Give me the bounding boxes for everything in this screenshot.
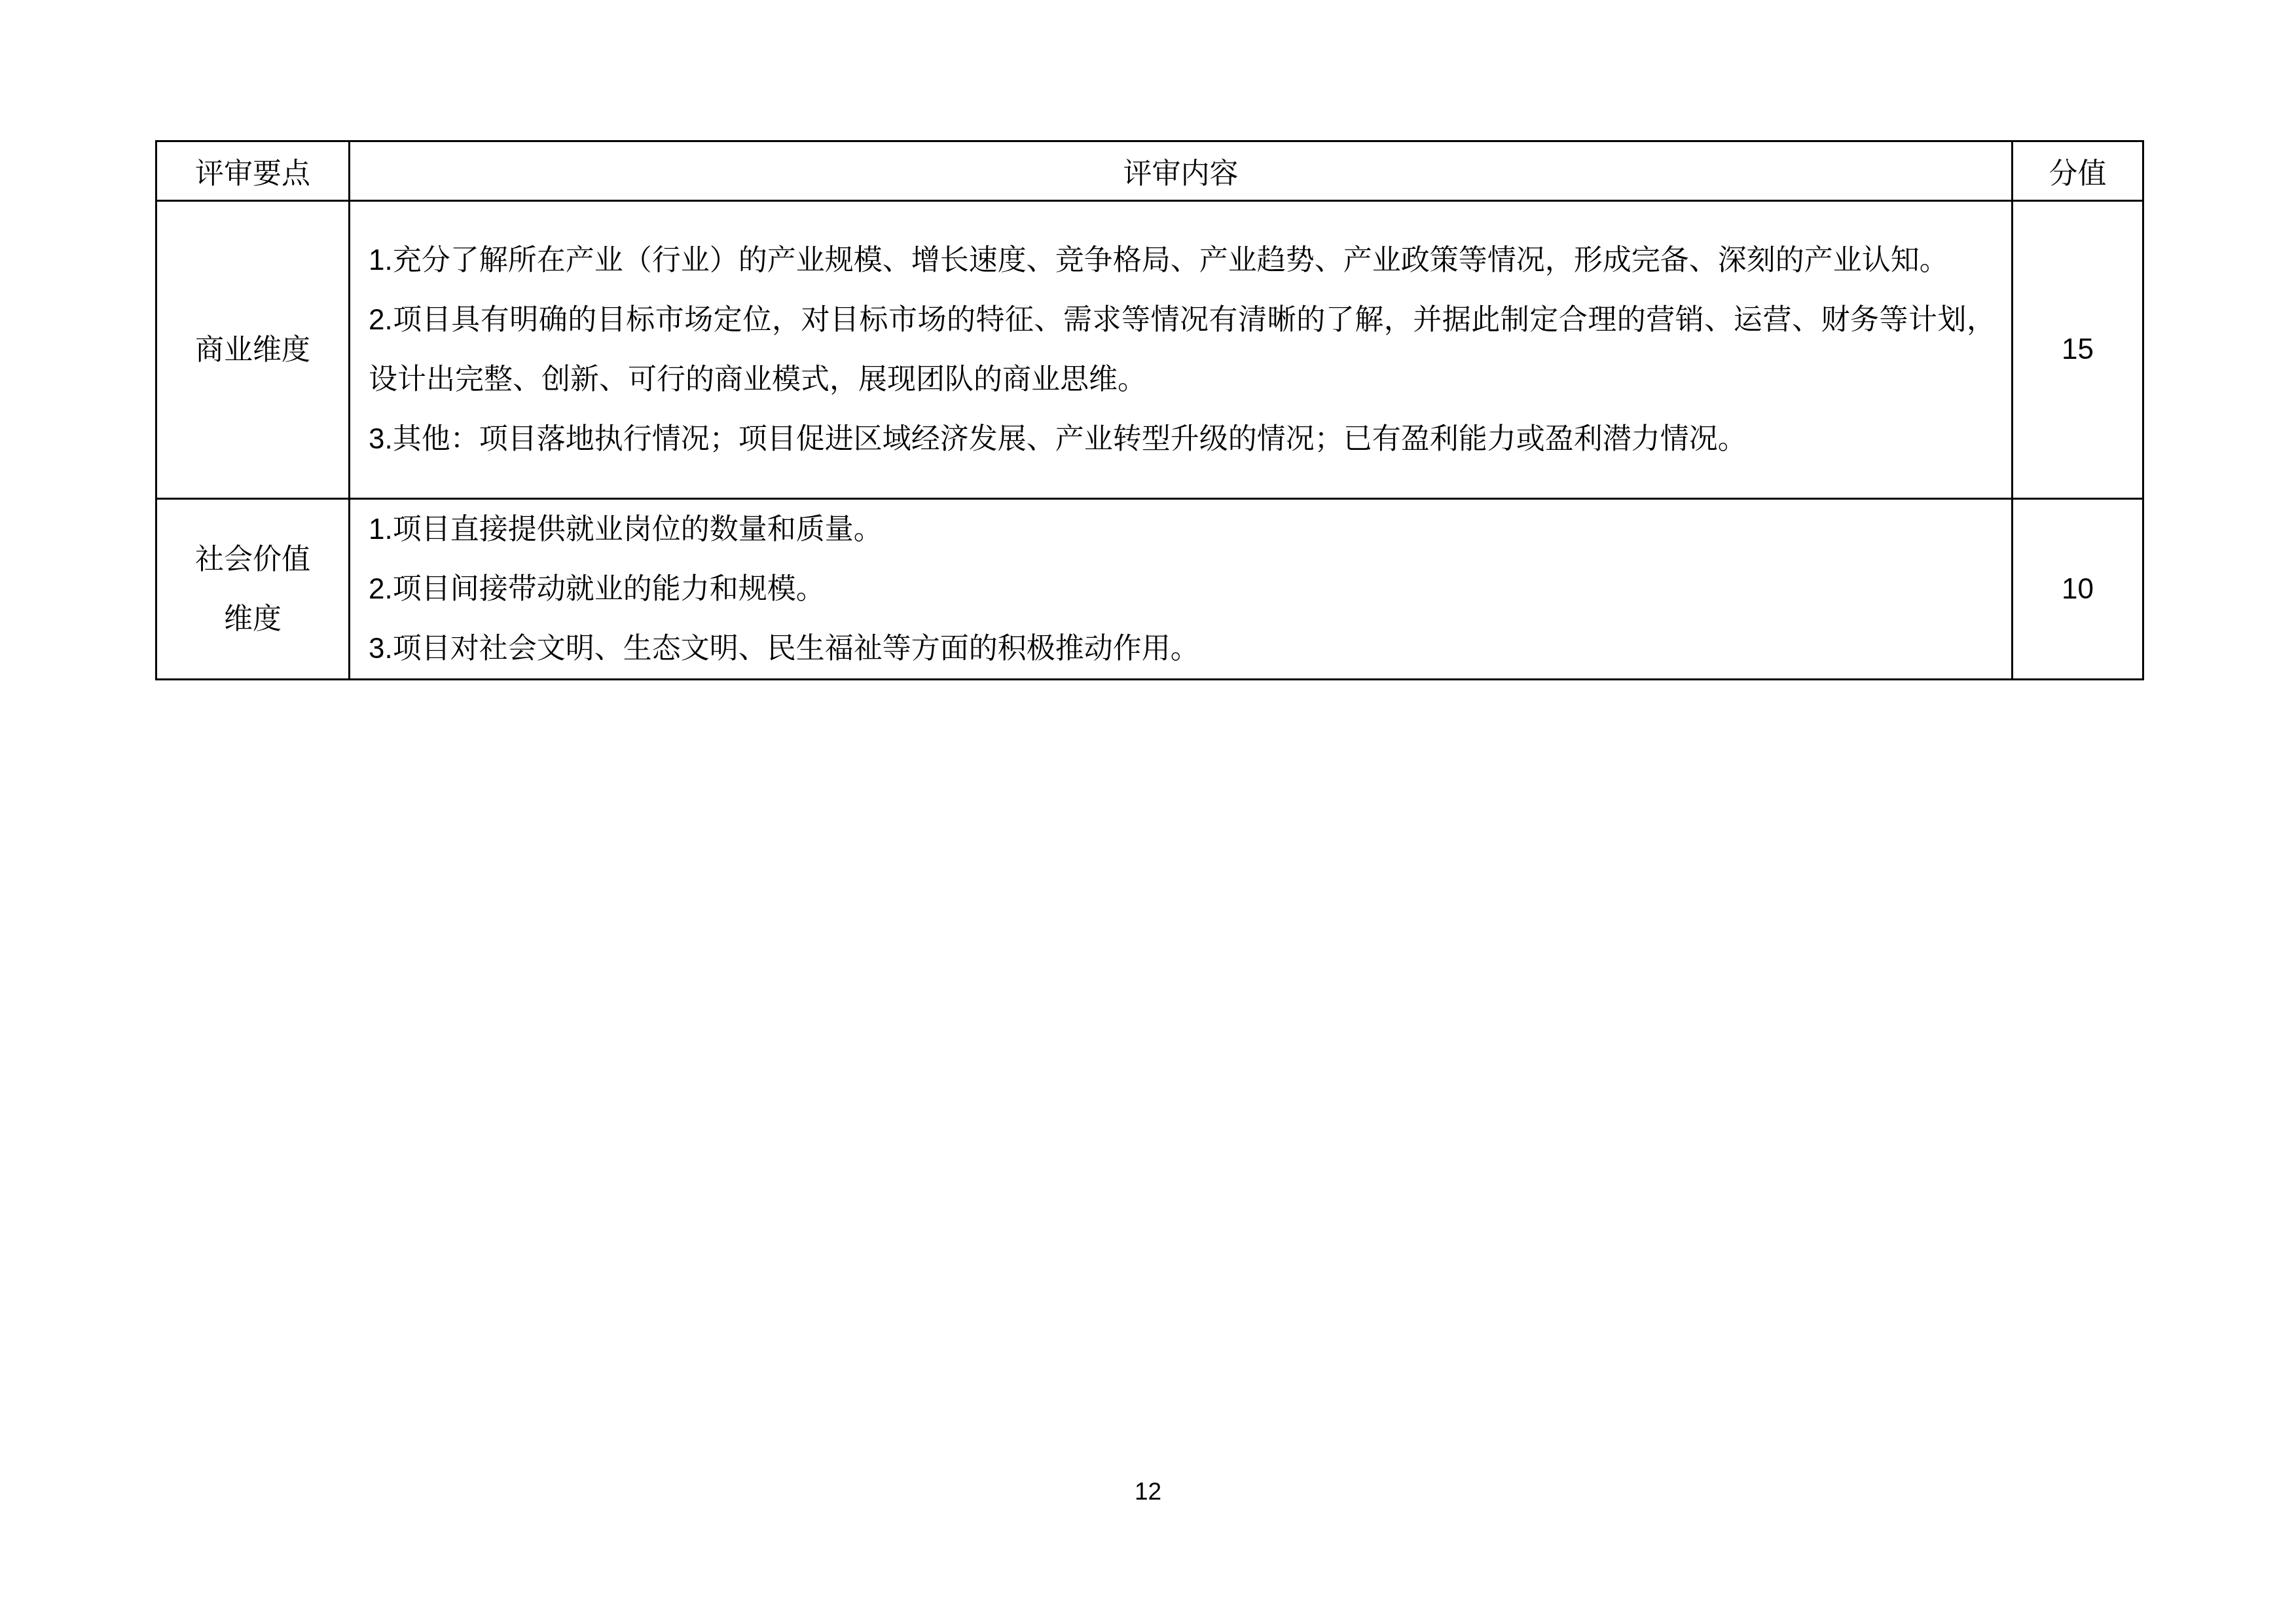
header-dimension-cell: 评审要点: [156, 141, 350, 201]
social-value-score: 10: [2013, 499, 2143, 680]
review-criteria-table: 评审要点 评审内容 分值 商业维度 1.充分了解所在产业（行业）的产业规模、增长…: [155, 140, 2144, 680]
table-header-row: 评审要点 评审内容 分值: [156, 141, 2143, 201]
content-item: 1.项目直接提供就业岗位的数量和质量。: [369, 500, 1995, 559]
content-item: 3.项目对社会文明、生态文明、民生福祉等方面的积极推动作用。: [369, 619, 1995, 678]
row-business-dimension: 商业维度 1.充分了解所在产业（行业）的产业规模、增长速度、竞争格局、产业趋势、…: [156, 201, 2143, 499]
content-item: 2.项目具有明确的目标市场定位，对目标市场的特征、需求等情况有清晰的了解，并据此…: [369, 290, 1995, 409]
business-dimension-label-cell: 商业维度: [156, 201, 350, 499]
dimension-label-line: 维度: [157, 589, 348, 649]
page-number: 12: [0, 1479, 2296, 1505]
content-item: 1.充分了解所在产业（行业）的产业规模、增长速度、竞争格局、产业趋势、产业政策等…: [369, 231, 1995, 290]
social-value-label-cell: 社会价值 维度: [156, 499, 350, 680]
row-social-value-dimension: 社会价值 维度 1.项目直接提供就业岗位的数量和质量。 2.项目间接带动就业的能…: [156, 499, 2143, 680]
content-item: 3.其他：项目落地执行情况；项目促进区域经济发展、产业转型升级的情况；已有盈利能…: [369, 409, 1995, 469]
business-dimension-content-cell: 1.充分了解所在产业（行业）的产业规模、增长速度、竞争格局、产业趋势、产业政策等…: [350, 201, 2013, 499]
dimension-label-line: 商业维度: [157, 320, 348, 380]
header-content-cell: 评审内容: [350, 141, 2013, 201]
header-score-cell: 分值: [2013, 141, 2143, 201]
social-value-content-cell: 1.项目直接提供就业岗位的数量和质量。 2.项目间接带动就业的能力和规模。 3.…: [350, 499, 2013, 680]
business-dimension-score: 15: [2013, 201, 2143, 499]
dimension-label-line: 社会价值: [157, 530, 348, 589]
content-item: 2.项目间接带动就业的能力和规模。: [369, 559, 1995, 619]
